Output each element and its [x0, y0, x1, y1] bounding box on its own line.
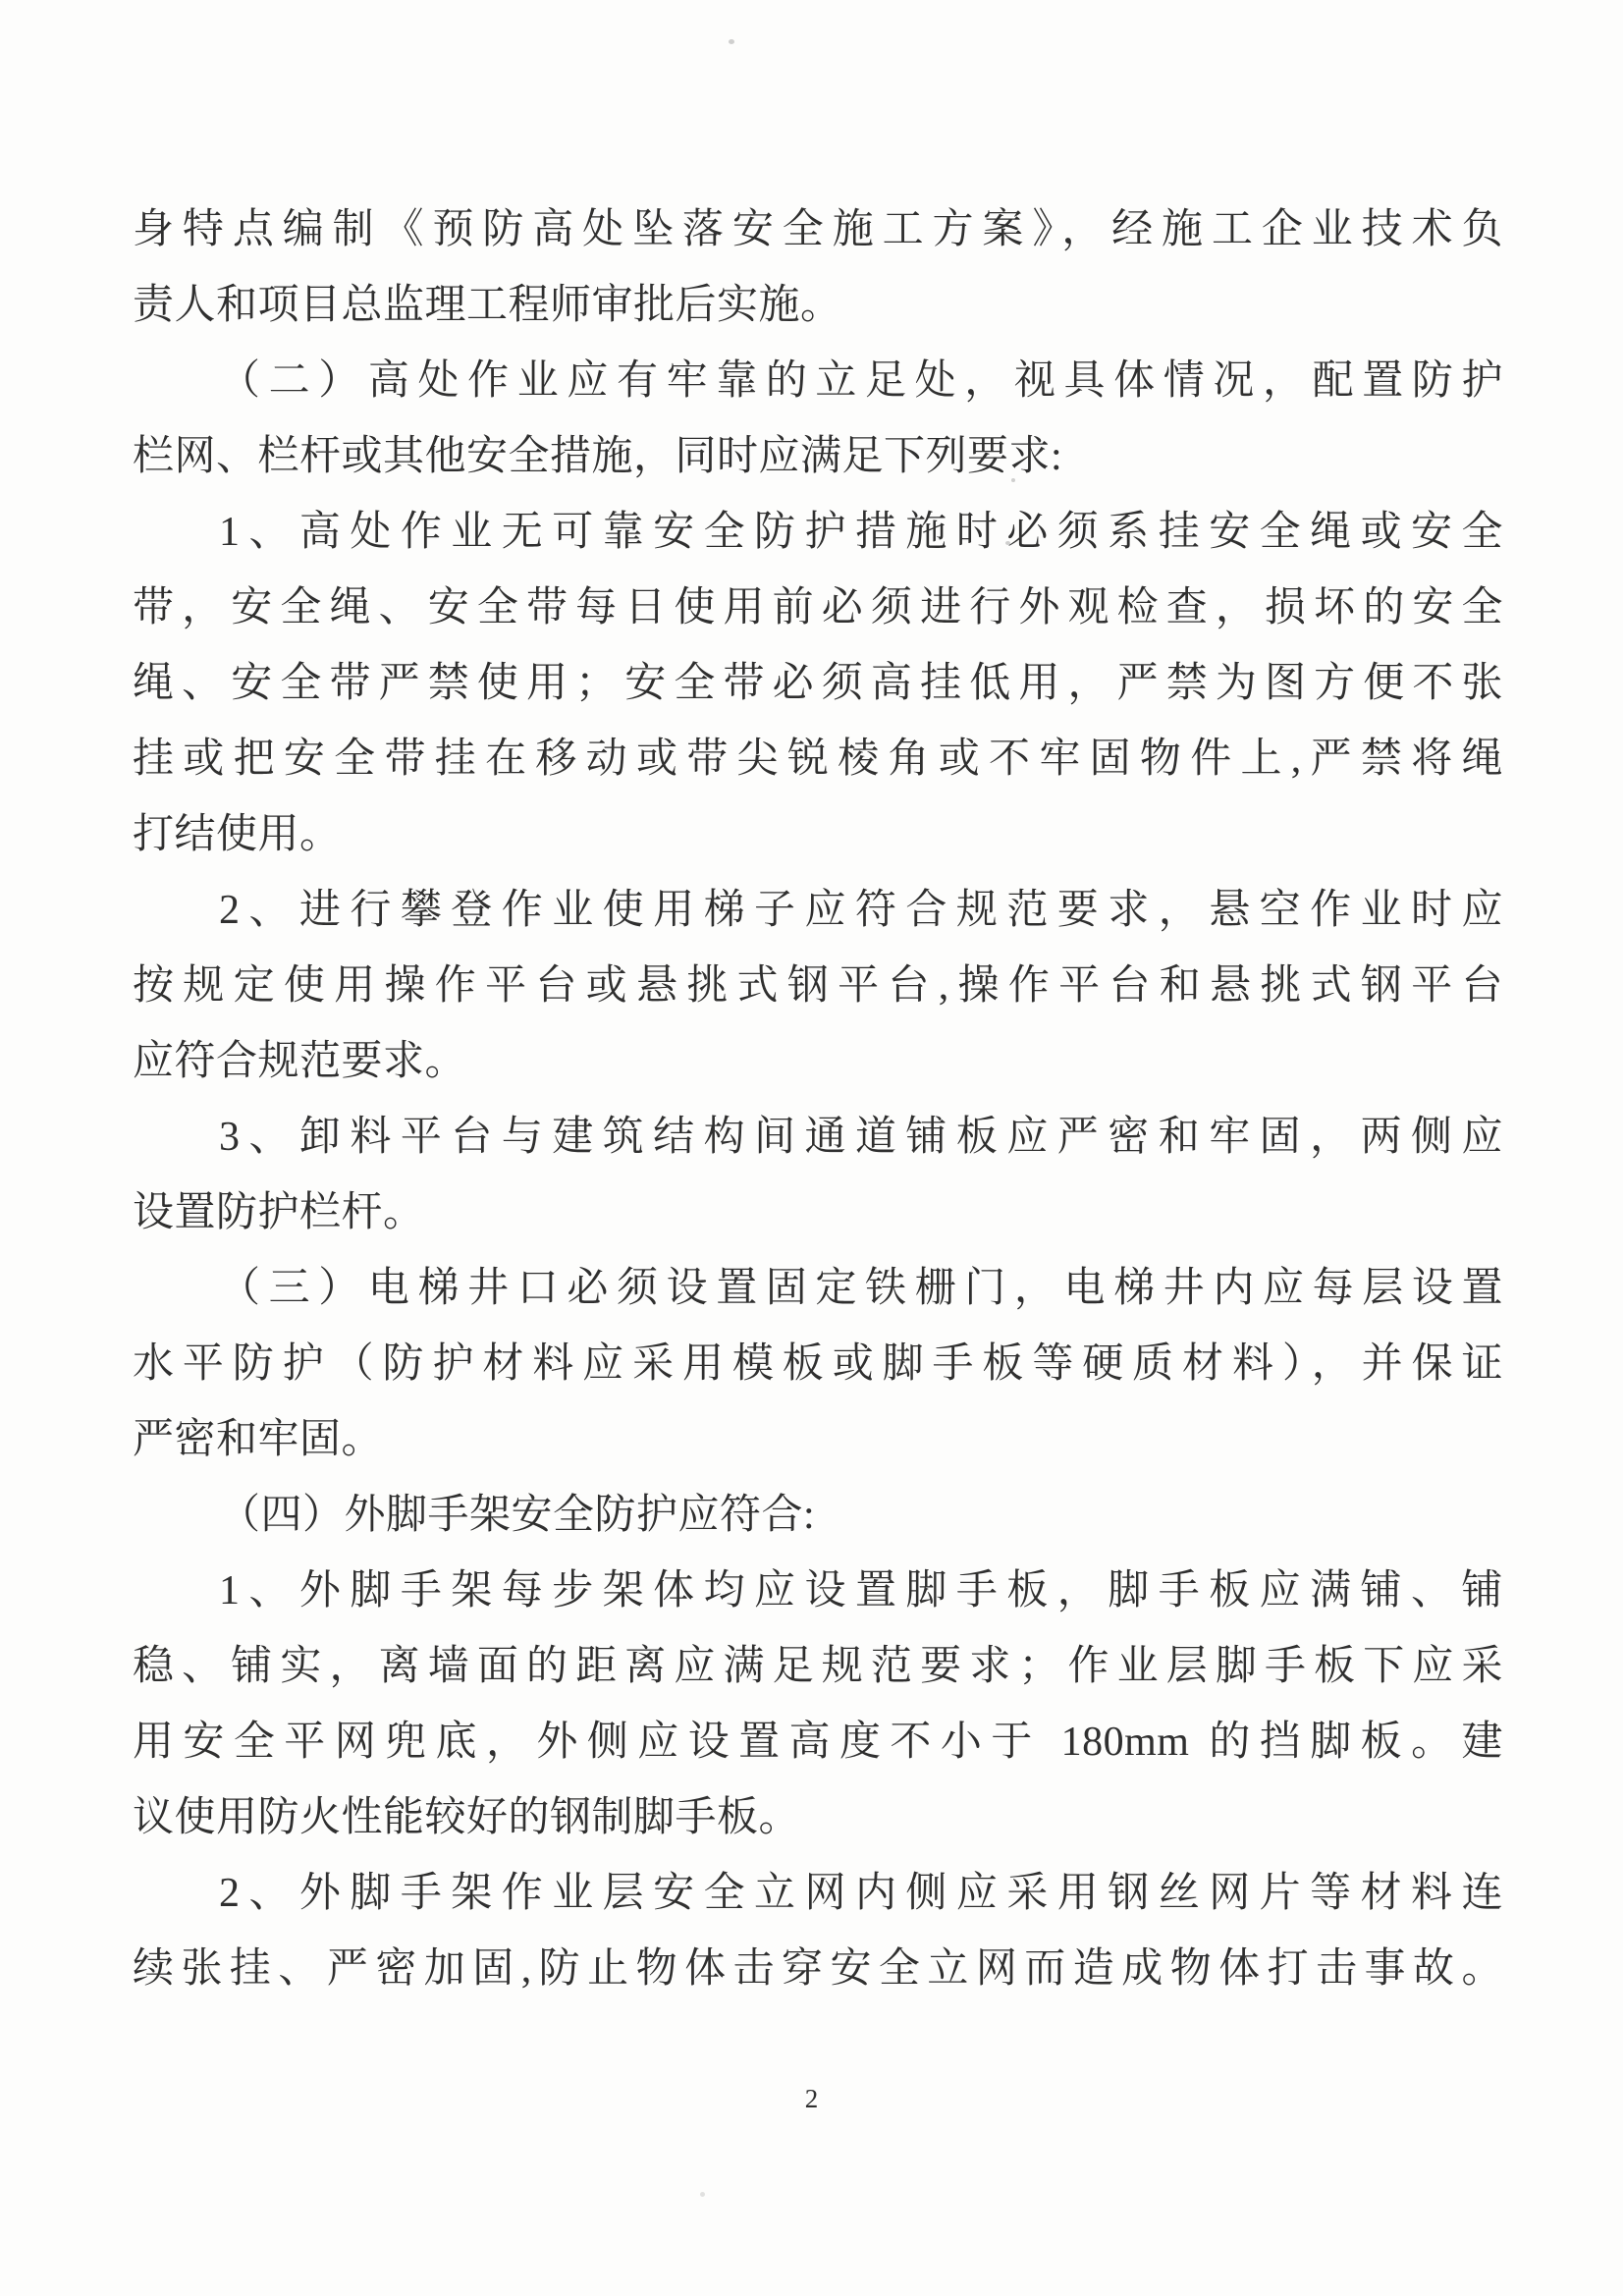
text-line: 打结使用。 [133, 797, 1503, 873]
text-line: 应符合规范要求。 [133, 1024, 1503, 1100]
text-line: 责人和项目总监理工程师审批后实施。 [133, 268, 1503, 344]
text-line: 严密和牢固。 [133, 1402, 1503, 1478]
text-line: 2、外脚手架作业层安全立网内侧应采用钢丝网片等材料连 [133, 1856, 1503, 1932]
text-line: 带，安全绳、安全带每日使用前必须进行外观检查，损坏的安全 [133, 571, 1503, 646]
scan-speck [1005, 541, 1010, 545]
text-line: 栏网、栏杆或其他安全措施，同时应满足下列要求: [133, 419, 1503, 495]
text-line: （二）高处作业应有牢靠的立足处，视具体情况，配置防护 [133, 344, 1503, 419]
page-number: 2 [0, 2084, 1623, 2114]
text-line: 水平防护（防护材料应采用模板或脚手板等硬质材料），并保证 [133, 1327, 1503, 1402]
text-line: 绳、安全带严禁使用；安全带必须高挂低用，严禁为图方便不张 [133, 646, 1503, 722]
scan-speck [729, 39, 734, 44]
text-line: 2、进行攀登作业使用梯子应符合规范要求，悬空作业时应 [133, 873, 1503, 949]
scan-speck [1011, 478, 1015, 482]
text-line: 续张挂、严密加固,防止物体击穿安全立网而造成物体打击事故。 [133, 1932, 1503, 2007]
text-line: 议使用防火性能较好的钢制脚手板。 [133, 1780, 1503, 1856]
text-line: 用安全平网兜底，外侧应设置高度不小于 180mm 的挡脚板。建 [133, 1705, 1503, 1780]
text-line: 1、高处作业无可靠安全防护措施时必须系挂安全绳或安全 [133, 495, 1503, 571]
text-line: （四）外脚手架安全防护应符合: [133, 1478, 1503, 1554]
text-line: 挂或把安全带挂在移动或带尖锐棱角或不牢固物件上,严禁将绳 [133, 722, 1503, 797]
text-line: （三）电梯井口必须设置固定铁栅门，电梯井内应每层设置 [133, 1251, 1503, 1327]
text-line: 3、卸料平台与建筑结构间通道铺板应严密和牢固，两侧应 [133, 1100, 1503, 1175]
text-line: 按规定使用操作平台或悬挑式钢平台,操作平台和悬挑式钢平台 [133, 949, 1503, 1024]
scan-speck [700, 2192, 705, 2197]
text-line: 身特点编制《预防高处坠落安全施工方案》，经施工企业技术负 [133, 192, 1503, 268]
text-line: 稳、铺实，离墙面的距离应满足规范要求；作业层脚手板下应采 [133, 1629, 1503, 1705]
document-page: 身特点编制《预防高处坠落安全施工方案》，经施工企业技术负 责人和项目总监理工程师… [0, 0, 1623, 2296]
text-line: 1、外脚手架每步架体均应设置脚手板，脚手板应满铺、铺 [133, 1554, 1503, 1629]
document-body: 身特点编制《预防高处坠落安全施工方案》，经施工企业技术负 责人和项目总监理工程师… [133, 192, 1503, 2007]
text-line: 设置防护栏杆。 [133, 1175, 1503, 1251]
